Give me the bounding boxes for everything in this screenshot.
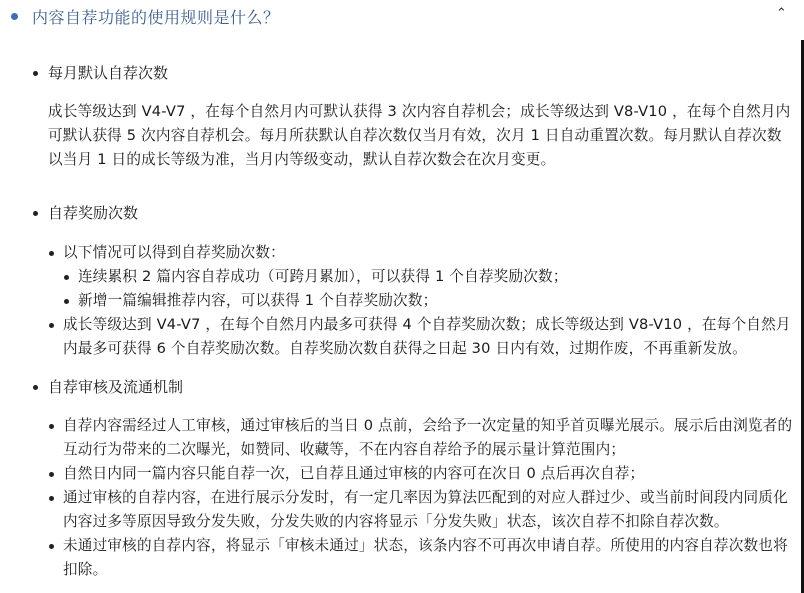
list-item: 未通过审核的自荐内容，将显示「审核未通过」状态，该条内容不可再次申请自荐。所使用… <box>63 534 793 582</box>
section-paragraph-monthly-default: 成长等级达到 V4-V7 ，在每个自然月内可默认获得 3 次内容自荐机会；成长等… <box>48 100 793 172</box>
list-item: 自荐内容需经过人工审核，通过审核后的当日 0 点前，会给予一次定量的知乎首页曝光… <box>63 414 793 462</box>
faq-header[interactable]: 内容自荐功能的使用规则是什么？ ⌃ <box>0 0 804 34</box>
list-item: 自然日内同一篇内容只能自荐一次，已自荐且通过审核的内容可在次日 0 点后再次自荐… <box>63 462 793 486</box>
bullet-icon <box>11 13 18 20</box>
section-title-monthly-default: 每月默认自荐次数 <box>48 62 168 83</box>
faq-question-title[interactable]: 内容自荐功能的使用规则是什么？ <box>32 5 280 28</box>
list-item: 成长等级达到 V4-V7 ，在每个自然月内最多可获得 4 个自荐奖励次数；成长等… <box>63 313 793 361</box>
section-title-reward: 自荐奖励次数 <box>48 202 138 223</box>
list-subitem: 连续累积 2 篇内容自荐成功（可跨月累加），可以获得 1 个自荐奖励次数； <box>78 265 793 289</box>
list-item: 通过审核的自荐内容，在进行展示分发时，有一定几率因为算法匹配到的对应人群过少、或… <box>63 486 793 534</box>
section-title-review: 自荐审核及流通机制 <box>48 376 183 397</box>
chevron-up-icon[interactable]: ⌃ <box>776 6 787 21</box>
list-subitem: 新增一篇编辑推荐内容，可以获得 1 个自荐奖励次数； <box>78 289 793 313</box>
list-item: 以下情况可以得到自荐奖励次数： <box>63 241 793 265</box>
